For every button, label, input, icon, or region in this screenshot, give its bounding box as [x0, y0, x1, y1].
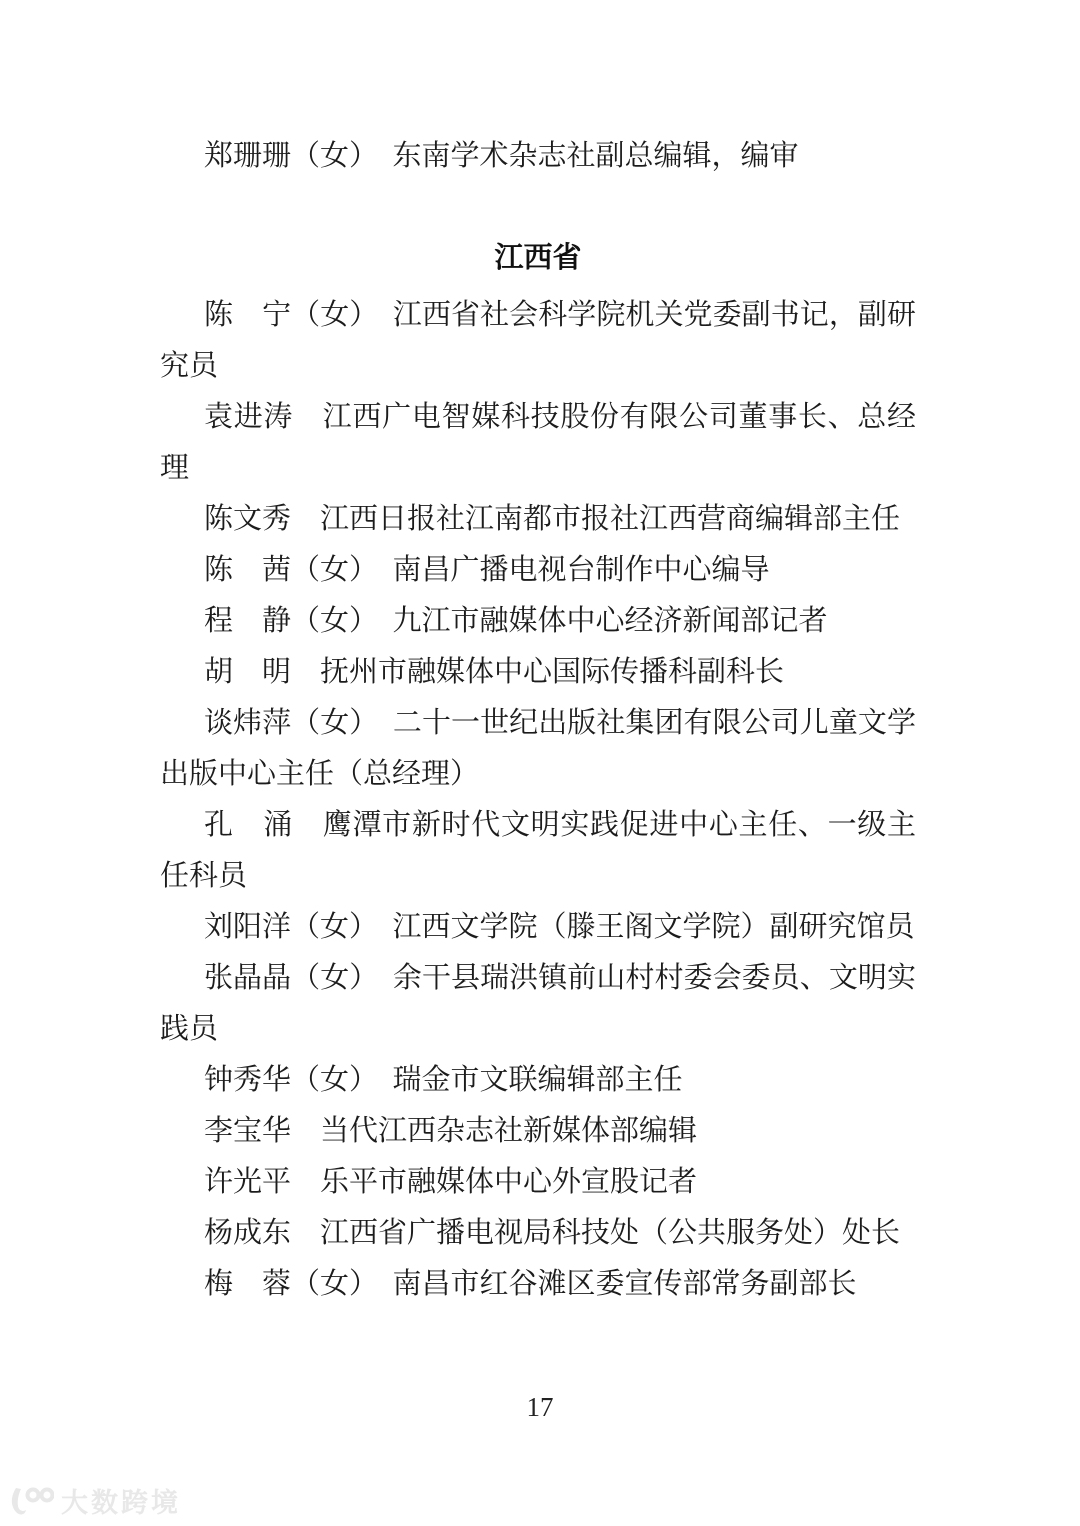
brand-100-logo-icon [8, 1484, 54, 1518]
roster-entry: 程 静（女） 九江市融媒体中心经济新闻部记者 [160, 596, 916, 647]
roster-entry: 陈 茜（女） 南昌广播电视台制作中心编导 [160, 545, 916, 596]
roster-entry: 张晶晶（女） 余干县瑞洪镇前山村村委会委员、文明实践员 [160, 953, 916, 1055]
roster-content: 郑珊珊（女） 东南学术杂志社副总编辑，编审 江西省 陈 宁（女） 江西省社会科学… [160, 131, 916, 1310]
roster-entry: 胡 明 抚州市融媒体中心国际传播科副科长 [160, 647, 916, 698]
page-number: 17 [0, 1392, 1080, 1423]
roster-entry: 刘阳洋（女） 江西文学院（滕王阁文学院）副研究馆员 [160, 902, 916, 953]
roster-entry: 钟秀华（女） 瑞金市文联编辑部主任 [160, 1055, 916, 1106]
roster-entry-carryover: 郑珊珊（女） 东南学术杂志社副总编辑，编审 [160, 131, 916, 182]
roster-entry: 谈炜萍（女） 二十一世纪出版社集团有限公司儿童文学出版中心主任（总经理） [160, 698, 916, 800]
watermark-text: 大数跨境 [61, 1481, 181, 1520]
section-title-jiangxi: 江西省 [160, 233, 916, 284]
roster-entry: 许光平 乐平市融媒体中心外宣股记者 [160, 1157, 916, 1208]
roster-entry: 袁进涛 江西广电智媒科技股份有限公司董事长、总经理 [160, 392, 916, 494]
roster-entry: 陈 宁（女） 江西省社会科学院机关党委副书记，副研究员 [160, 290, 916, 392]
roster-entry: 杨成东 江西省广播电视局科技处（公共服务处）处长 [160, 1208, 916, 1259]
watermark: 大数跨境 [8, 1481, 181, 1520]
roster-entry: 陈文秀 江西日报社江南都市报社江西营商编辑部主任 [160, 494, 916, 545]
roster-entry: 李宝华 当代江西杂志社新媒体部编辑 [160, 1106, 916, 1157]
roster-entry: 孔 涌 鹰潭市新时代文明实践促进中心主任、一级主任科员 [160, 800, 916, 902]
document-page: 郑珊珊（女） 东南学术杂志社副总编辑，编审 江西省 陈 宁（女） 江西省社会科学… [0, 0, 1080, 1526]
roster-entry: 梅 蓉（女） 南昌市红谷滩区委宣传部常务副部长 [160, 1259, 916, 1310]
